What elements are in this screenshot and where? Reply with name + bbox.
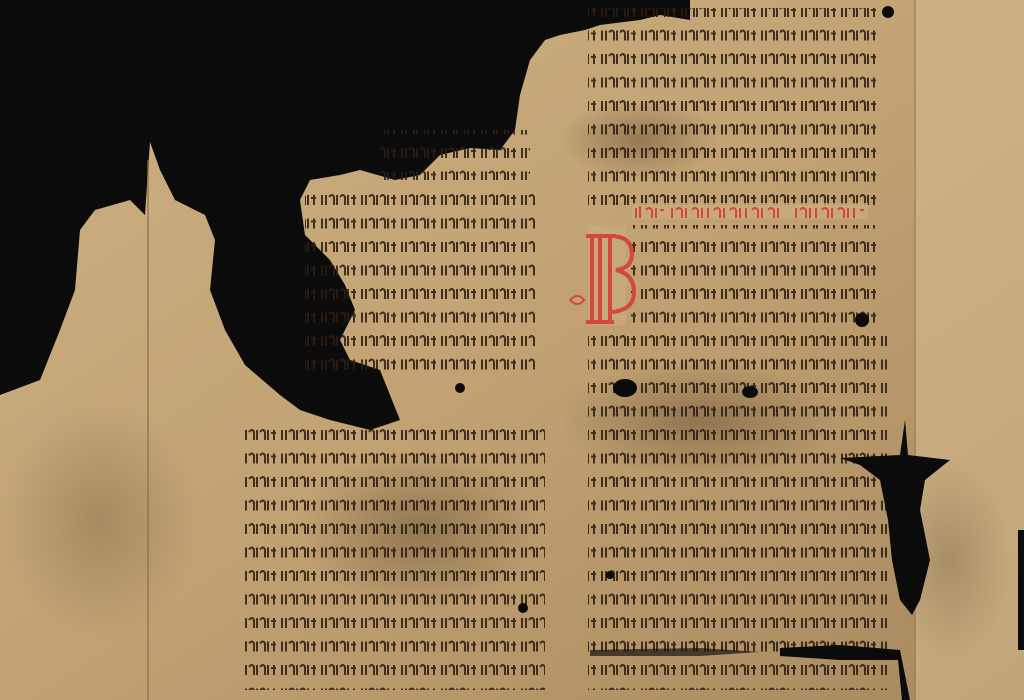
manuscript-photo <box>0 0 1024 700</box>
manuscript-illustration <box>0 0 1024 700</box>
left-column-text-lower <box>245 420 545 690</box>
right-column-text-top <box>588 8 878 208</box>
left-column-text-upper <box>305 185 535 375</box>
